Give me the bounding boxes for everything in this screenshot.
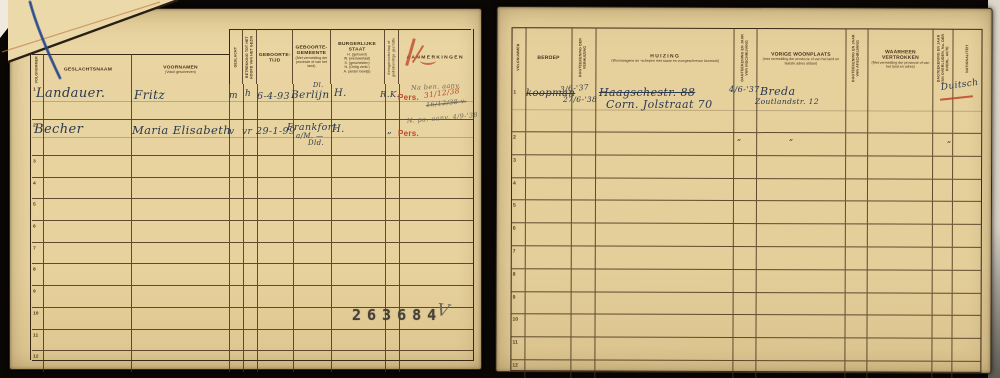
cell-huizing bbox=[596, 132, 734, 154]
cell-beroep bbox=[526, 269, 572, 291]
col-geboortegemeente-label: GEBOORTE-GEMEENTE bbox=[294, 45, 329, 56]
row-number: 8 bbox=[33, 266, 36, 272]
cell-geboortegemeente bbox=[294, 264, 332, 285]
cell-geboortetijd bbox=[258, 308, 294, 329]
cell-voornamen bbox=[132, 264, 230, 285]
cell-volgnummer: 1 bbox=[512, 87, 526, 131]
cell-geslacht bbox=[230, 199, 244, 220]
cell-burgerlijke-staat bbox=[332, 84, 386, 119]
cell-nationaliteit bbox=[953, 89, 981, 133]
col-nationaliteit-label: NATIONALITEIT bbox=[965, 31, 970, 87]
table-row: 9 bbox=[32, 286, 473, 308]
col-verhuizing: DAGTEEKENING DER VERHUIZING bbox=[572, 27, 596, 87]
cell-betrekking bbox=[244, 84, 258, 119]
cell-beroep bbox=[526, 292, 572, 314]
cell-vorige-woonplaats bbox=[757, 270, 846, 292]
cell-geboortegemeente bbox=[294, 221, 332, 242]
col-afschrijving-label: DAGTEEKENING EN JAAR VAN AFSCHRIJVING bbox=[852, 31, 861, 87]
col-beroep-label: BEROEP bbox=[528, 55, 570, 61]
col-waarheen-label: WAARHEEN VERTROKKEN bbox=[870, 49, 931, 61]
cell-inschrijving bbox=[734, 88, 757, 132]
cell-kerkgenootschap bbox=[386, 221, 400, 242]
right-table-body: 1 2 bbox=[511, 87, 981, 378]
cell-burgerlijke-staat bbox=[332, 330, 386, 351]
cell-aanmerkingen bbox=[400, 221, 472, 242]
cell-burgerlijke-staat bbox=[332, 308, 386, 329]
cell-afschrijving bbox=[845, 316, 867, 338]
col-betrekking-label: BETREKKING TOT HET HOOFD VAN HET GEZIN bbox=[245, 31, 254, 82]
cell-verhuizing bbox=[572, 132, 596, 154]
col-voornamen: VOORNAMEN(Voluit geschreven) bbox=[132, 54, 230, 84]
col-vorige-woonplaats: VORIGE WOONPLAATS(met vermelding der pro… bbox=[757, 28, 846, 88]
cell-geslachtsnaam bbox=[44, 199, 132, 220]
cell-beroep bbox=[525, 315, 571, 337]
cell-beroep bbox=[525, 360, 571, 378]
col-vorige-woonplaats-label: VORIGE WOONPLAATS bbox=[760, 51, 842, 57]
cell-vorige-woonplaats bbox=[757, 247, 846, 269]
cell-waarheen bbox=[867, 179, 933, 201]
cell-voornamen bbox=[132, 243, 230, 264]
cell-volgnummer: 10 bbox=[511, 315, 525, 337]
cell-overlijden bbox=[933, 225, 953, 247]
cell-nationaliteit bbox=[953, 225, 981, 247]
col-inschrijving-label: DAGTEEKENING EN JAAR VAN INSCHRIJVING bbox=[741, 30, 750, 86]
cell-verhuizing bbox=[572, 201, 596, 223]
cell-geslachtsnaam bbox=[44, 156, 132, 177]
cell-aanmerkingen bbox=[400, 199, 472, 220]
col-volgnummer: VOLGNUMMER bbox=[32, 54, 44, 84]
cell-volgnummer: 3 bbox=[32, 156, 44, 177]
cell-inschrijving bbox=[733, 361, 756, 378]
col-burgerlijke-staat-label: BURGERLIJKE STAAT bbox=[333, 40, 383, 51]
col-overlijden: DAGTEEKENING EN JAAR VAN OVERLIJDEN, No.… bbox=[934, 29, 954, 89]
cell-nationaliteit bbox=[953, 202, 981, 224]
row-number: 11 bbox=[33, 332, 38, 338]
col-volgnummer-r-label: VOLGNUMMER bbox=[517, 30, 522, 86]
cell-geboortetijd bbox=[258, 199, 294, 220]
col-overlijden-label: DAGTEEKENING EN JAAR VAN OVERLIJDEN, No.… bbox=[936, 31, 949, 87]
cell-geslacht bbox=[230, 243, 244, 264]
cell-volgnummer: 7 bbox=[512, 246, 526, 268]
cell-vorige-woonplaats bbox=[757, 88, 846, 132]
row-number: 9 bbox=[513, 294, 516, 300]
cell-waarheen bbox=[868, 88, 934, 132]
cell-kerkgenootschap bbox=[386, 351, 400, 372]
scanned-registration-card: VOLGNUMMER GESLACHTSNAAM VOORNAMEN(Volui… bbox=[0, 0, 1000, 378]
cell-geboortegemeente bbox=[294, 351, 332, 372]
cell-huizing bbox=[595, 246, 733, 268]
cell-betrekking bbox=[244, 243, 258, 264]
cell-volgnummer: 2 bbox=[512, 132, 526, 154]
cell-waarheen bbox=[867, 316, 933, 338]
cell-verhuizing bbox=[572, 87, 596, 131]
cell-verhuizing bbox=[572, 178, 596, 200]
cell-geslacht bbox=[230, 308, 244, 329]
col-huizing: HUIZING(Woonwagens en -schepen met naam … bbox=[596, 27, 735, 87]
cell-vorige-woonplaats bbox=[757, 133, 846, 155]
cell-geboortetijd bbox=[258, 221, 294, 242]
cell-vorige-woonplaats bbox=[757, 224, 846, 246]
table-row: 1 bbox=[32, 84, 473, 120]
cell-kerkgenootschap bbox=[386, 286, 400, 307]
cell-huizing bbox=[596, 87, 735, 131]
cell-betrekking bbox=[244, 351, 258, 372]
cell-volgnummer: 5 bbox=[32, 199, 44, 220]
col-voornamen-label: VOORNAMEN bbox=[135, 64, 226, 70]
col-beroep: BEROEP bbox=[526, 27, 572, 87]
cell-beroep bbox=[526, 246, 572, 268]
cell-geboortetijd bbox=[258, 351, 294, 372]
cell-geslacht bbox=[230, 156, 244, 177]
cell-voornamen bbox=[132, 330, 230, 351]
cell-geboortegemeente bbox=[294, 120, 332, 155]
table-row: 8 bbox=[32, 264, 473, 286]
table-row: 2 bbox=[512, 132, 981, 156]
cell-vorige-woonplaats bbox=[757, 201, 846, 223]
cell-betrekking bbox=[244, 221, 258, 242]
row-number: 3 bbox=[33, 158, 36, 164]
table-row: 3 bbox=[32, 156, 473, 178]
cell-overlijden bbox=[933, 89, 953, 133]
cell-voornamen bbox=[132, 199, 230, 220]
cell-huizing bbox=[595, 360, 733, 378]
left-table-header: VOLGNUMMER GESLACHTSNAAM VOORNAMEN(Volui… bbox=[32, 29, 473, 84]
cell-volgnummer: 8 bbox=[32, 264, 44, 285]
cell-kerkgenootschap bbox=[386, 178, 400, 199]
cell-geboortegemeente bbox=[294, 243, 332, 264]
cell-betrekking bbox=[244, 120, 258, 155]
cell-verhuizing bbox=[571, 292, 595, 314]
col-huizing-sub: (Woonwagens en -schepen met naam en voor… bbox=[601, 59, 729, 64]
cell-aanmerkingen bbox=[400, 286, 472, 307]
cell-vorige-woonplaats bbox=[756, 315, 845, 337]
cell-afschrijving bbox=[846, 133, 868, 155]
cell-inschrijving bbox=[734, 315, 757, 337]
col-afschrijving: DAGTEEKENING EN JAAR VAN AFSCHRIJVING bbox=[846, 28, 868, 88]
cell-huizing bbox=[595, 315, 733, 337]
cell-afschrijving bbox=[845, 339, 867, 361]
cell-waarheen bbox=[868, 156, 934, 178]
cell-geslachtsnaam bbox=[44, 221, 132, 242]
cell-overlijden bbox=[933, 134, 953, 156]
cell-burgerlijke-staat bbox=[332, 199, 386, 220]
cell-vorige-woonplaats bbox=[757, 179, 846, 201]
col-waarheen-sub: (Met vermelding der provincie of van het… bbox=[870, 61, 931, 70]
table-row: 10 bbox=[511, 315, 980, 339]
cell-inschrijving bbox=[734, 156, 757, 178]
row-number: 12 bbox=[512, 362, 518, 368]
cell-inschrijving bbox=[734, 179, 757, 201]
row-number: 9 bbox=[33, 288, 36, 294]
cell-verhuizing bbox=[571, 246, 595, 268]
cell-nationaliteit bbox=[953, 316, 981, 338]
cell-waarheen bbox=[867, 247, 933, 269]
row-number: 11 bbox=[512, 339, 517, 345]
cell-voornamen bbox=[132, 120, 230, 155]
row-number: 2 bbox=[513, 134, 516, 140]
cell-volgnummer: 12 bbox=[511, 360, 525, 378]
cell-volgnummer: 12 bbox=[32, 351, 44, 372]
table-row: 4 bbox=[512, 178, 981, 202]
cell-nationaliteit bbox=[953, 271, 981, 293]
cell-inschrijving bbox=[734, 224, 757, 246]
col-geboortegemeente: GEBOORTE-GEMEENTE(Met vermelding der pro… bbox=[293, 29, 331, 84]
cell-geslachtsnaam bbox=[44, 330, 132, 351]
cell-voornamen bbox=[132, 286, 230, 307]
cell-aanmerkingen bbox=[400, 243, 472, 264]
cell-waarheen bbox=[867, 270, 933, 292]
table-row: 12 bbox=[511, 360, 980, 378]
cell-geboortegemeente bbox=[294, 156, 332, 177]
cell-overlijden bbox=[933, 156, 953, 178]
col-voornamen-sub: (Voluit geschreven) bbox=[135, 70, 226, 74]
cell-kerkgenootschap bbox=[386, 120, 400, 155]
cell-aanmerkingen bbox=[400, 308, 472, 329]
cell-overlijden bbox=[933, 339, 953, 361]
cell-nationaliteit bbox=[953, 134, 981, 156]
row-number: 6 bbox=[513, 225, 516, 231]
cell-verhuizing bbox=[571, 269, 595, 291]
table-row: 5 bbox=[32, 199, 473, 221]
cell-overlijden bbox=[933, 362, 953, 378]
cell-verhuizing bbox=[571, 338, 595, 360]
right-table-header: VOLGNUMMER BEROEP DAGTEEKENING DER VERHU… bbox=[512, 27, 981, 89]
cell-geboortegemeente bbox=[294, 330, 332, 351]
cell-voornamen bbox=[132, 84, 230, 119]
cell-aanmerkingen bbox=[400, 156, 472, 177]
cell-geslacht bbox=[230, 286, 244, 307]
cell-aanmerkingen bbox=[400, 84, 472, 119]
col-geslachtsnaam-label: GESLACHTSNAAM bbox=[47, 67, 128, 73]
cell-burgerlijke-staat bbox=[332, 264, 386, 285]
card-left-page: VOLGNUMMER GESLACHTSNAAM VOORNAMEN(Volui… bbox=[9, 8, 482, 370]
cell-volgnummer: 9 bbox=[512, 292, 526, 314]
cell-inschrijving bbox=[734, 270, 757, 292]
cell-voornamen bbox=[132, 156, 230, 177]
cell-afschrijving bbox=[846, 179, 868, 201]
table-row: 3 bbox=[512, 155, 981, 179]
cell-geslachtsnaam bbox=[44, 351, 132, 372]
table-row: 7 bbox=[32, 243, 473, 265]
cell-inschrijving bbox=[734, 201, 757, 223]
cell-aanmerkingen bbox=[400, 264, 472, 285]
cell-inschrijving bbox=[734, 133, 757, 155]
cell-kerkgenootschap bbox=[386, 84, 400, 119]
cell-waarheen bbox=[868, 133, 934, 155]
cell-inschrijving bbox=[733, 338, 756, 360]
cell-geslachtsnaam bbox=[44, 84, 132, 119]
cell-beroep bbox=[526, 178, 572, 200]
cell-volgnummer: 4 bbox=[32, 178, 44, 199]
cell-volgnummer: 1 bbox=[32, 84, 44, 119]
cell-overlijden bbox=[933, 316, 953, 338]
cell-burgerlijke-staat bbox=[332, 286, 386, 307]
cell-aanmerkingen bbox=[400, 178, 472, 199]
row-number: 2 bbox=[33, 122, 36, 128]
col-geboortegemeente-sub: (Met vermelding der provincie of van het… bbox=[294, 57, 329, 70]
cell-vorige-woonplaats bbox=[757, 293, 846, 315]
row-number: 4 bbox=[33, 180, 36, 186]
cell-geboortetijd bbox=[258, 243, 294, 264]
cell-kerkgenootschap bbox=[386, 199, 400, 220]
row-number: 3 bbox=[513, 157, 516, 163]
cell-nationaliteit bbox=[953, 179, 981, 201]
col-verhuizing-label: DAGTEEKENING DER VERHUIZING bbox=[579, 30, 588, 86]
cell-waarheen bbox=[867, 339, 933, 361]
cell-afschrijving bbox=[845, 225, 867, 247]
row-number: 10 bbox=[33, 310, 39, 316]
cell-geboortetijd bbox=[258, 286, 294, 307]
cell-geboortetijd bbox=[258, 120, 294, 155]
cell-volgnummer: 6 bbox=[32, 221, 44, 242]
cell-huizing bbox=[595, 269, 733, 291]
cell-betrekking bbox=[244, 199, 258, 220]
cell-geslacht bbox=[230, 120, 244, 155]
col-geslachtsnaam: GESLACHTSNAAM bbox=[44, 54, 132, 84]
cell-vorige-woonplaats bbox=[756, 361, 845, 378]
cell-huizing bbox=[595, 292, 733, 314]
cell-kerkgenootschap bbox=[386, 156, 400, 177]
cell-kerkgenootschap bbox=[386, 243, 400, 264]
cell-voornamen bbox=[132, 308, 230, 329]
cell-overlijden bbox=[933, 270, 953, 292]
cell-overlijden bbox=[933, 179, 953, 201]
cell-betrekking bbox=[244, 264, 258, 285]
table-row: 9 bbox=[512, 292, 981, 316]
cell-huizing bbox=[596, 155, 734, 177]
cell-burgerlijke-staat bbox=[332, 243, 386, 264]
cell-overlijden bbox=[933, 202, 953, 224]
cell-volgnummer: 2 bbox=[32, 120, 44, 155]
cell-kerkgenootschap bbox=[386, 264, 400, 285]
cell-voornamen bbox=[132, 221, 230, 242]
cell-beroep bbox=[526, 223, 572, 245]
cell-afschrijving bbox=[845, 361, 867, 378]
col-volgnummer-r: VOLGNUMMER bbox=[512, 27, 526, 87]
row-number: 1 bbox=[33, 86, 36, 92]
row-number: 5 bbox=[513, 203, 516, 209]
cell-kerkgenootschap bbox=[386, 308, 400, 329]
cell-geslacht bbox=[230, 264, 244, 285]
cell-betrekking bbox=[244, 286, 258, 307]
cell-voornamen bbox=[132, 178, 230, 199]
cell-nationaliteit bbox=[953, 157, 981, 179]
cell-burgerlijke-staat bbox=[332, 351, 386, 372]
cell-betrekking bbox=[244, 308, 258, 329]
card-right-page: VOLGNUMMER BEROEP DAGTEEKENING DER VERHU… bbox=[495, 6, 992, 374]
col-inschrijving: DAGTEEKENING EN JAAR VAN INSCHRIJVING bbox=[734, 28, 757, 88]
cell-overlijden bbox=[933, 293, 953, 315]
cell-waarheen bbox=[867, 361, 933, 378]
cell-geslachtsnaam bbox=[44, 264, 132, 285]
cell-geboortegemeente bbox=[294, 308, 332, 329]
cell-burgerlijke-staat bbox=[332, 120, 386, 155]
cell-geboortetijd bbox=[258, 264, 294, 285]
cell-volgnummer: 10 bbox=[32, 308, 44, 329]
cell-geslachtsnaam bbox=[44, 308, 132, 329]
table-row: 10 bbox=[32, 308, 473, 330]
row-number: 1 bbox=[513, 89, 516, 95]
col-waarheen: WAARHEEN VERTROKKEN(Met vermelding der p… bbox=[868, 28, 934, 88]
col-huizing-label: HUIZING bbox=[601, 53, 729, 59]
cell-verhuizing bbox=[571, 315, 595, 337]
col-volgnummer-label: VOLGNUMMER bbox=[35, 56, 39, 84]
cell-volgnummer: 9 bbox=[32, 286, 44, 307]
cell-volgnummer: 11 bbox=[511, 337, 525, 359]
table-row: 11 bbox=[511, 337, 980, 361]
left-table: VOLGNUMMER GESLACHTSNAAM VOORNAMEN(Volui… bbox=[32, 29, 474, 361]
cell-vorige-woonplaats bbox=[756, 338, 845, 360]
cell-beroep bbox=[526, 87, 572, 131]
cell-geslacht bbox=[230, 330, 244, 351]
row-number: 12 bbox=[33, 353, 39, 359]
cell-afschrijving bbox=[846, 88, 868, 132]
cell-geboortetijd bbox=[258, 330, 294, 351]
col-burgerlijke-staat-codes: H. (gehuwd) W. (weduwstaat) S. (gescheid… bbox=[333, 52, 383, 73]
cell-nationaliteit bbox=[953, 293, 981, 315]
cell-verhuizing bbox=[572, 224, 596, 246]
cell-afschrijving bbox=[845, 202, 867, 224]
cell-inschrijving bbox=[734, 247, 757, 269]
cell-verhuizing bbox=[571, 360, 595, 378]
cell-afschrijving bbox=[845, 293, 867, 315]
cell-nationaliteit bbox=[953, 248, 981, 270]
cell-huizing bbox=[596, 201, 734, 223]
cell-nationaliteit bbox=[952, 362, 980, 378]
table-row: 7 bbox=[512, 246, 981, 270]
cell-beroep bbox=[526, 201, 572, 223]
col-nationaliteit: NATIONALITEIT bbox=[953, 29, 981, 89]
cell-volgnummer: 5 bbox=[512, 201, 526, 223]
cell-volgnummer: 8 bbox=[512, 269, 526, 291]
cell-waarheen bbox=[867, 225, 933, 247]
cell-betrekking bbox=[244, 178, 258, 199]
row-number: 5 bbox=[33, 201, 36, 207]
cell-geslacht bbox=[230, 351, 244, 372]
col-aanmerkingen: AANMERKINGEN bbox=[399, 29, 471, 84]
cell-aanmerkingen bbox=[400, 120, 472, 155]
cell-betrekking bbox=[244, 330, 258, 351]
cell-geboortetijd bbox=[258, 84, 294, 119]
cell-beroep bbox=[526, 155, 572, 177]
table-row: 4 bbox=[32, 178, 473, 200]
row-number: 8 bbox=[513, 271, 516, 277]
table-row: 1 bbox=[512, 87, 981, 134]
cell-aanmerkingen bbox=[400, 330, 472, 351]
cell-volgnummer: 6 bbox=[512, 223, 526, 245]
cell-aanmerkingen bbox=[400, 351, 472, 372]
cell-geboortegemeente bbox=[294, 286, 332, 307]
cell-geboortetijd bbox=[258, 178, 294, 199]
cell-burgerlijke-staat bbox=[332, 221, 386, 242]
cell-overlijden bbox=[933, 248, 953, 270]
cell-huizing bbox=[595, 224, 733, 246]
row-number: 6 bbox=[33, 223, 36, 229]
col-geboortetijd: GEBOORTE-TIJD bbox=[257, 29, 293, 84]
cell-verhuizing bbox=[572, 155, 596, 177]
cell-kerkgenootschap bbox=[386, 330, 400, 351]
col-geslacht-label: GESLACHT bbox=[234, 31, 238, 82]
cell-beroep bbox=[526, 132, 572, 154]
cell-geslachtsnaam bbox=[44, 178, 132, 199]
col-kerkgenootschap-label: Kerkgenootschap of godsdienstige gezindt… bbox=[387, 31, 396, 82]
cell-geboortegemeente bbox=[294, 178, 332, 199]
col-geslacht: GESLACHT bbox=[229, 29, 243, 84]
cell-geslachtsnaam bbox=[44, 286, 132, 307]
table-row: 11 bbox=[32, 330, 473, 352]
cell-burgerlijke-staat bbox=[332, 156, 386, 177]
cell-geboortegemeente bbox=[294, 84, 332, 119]
